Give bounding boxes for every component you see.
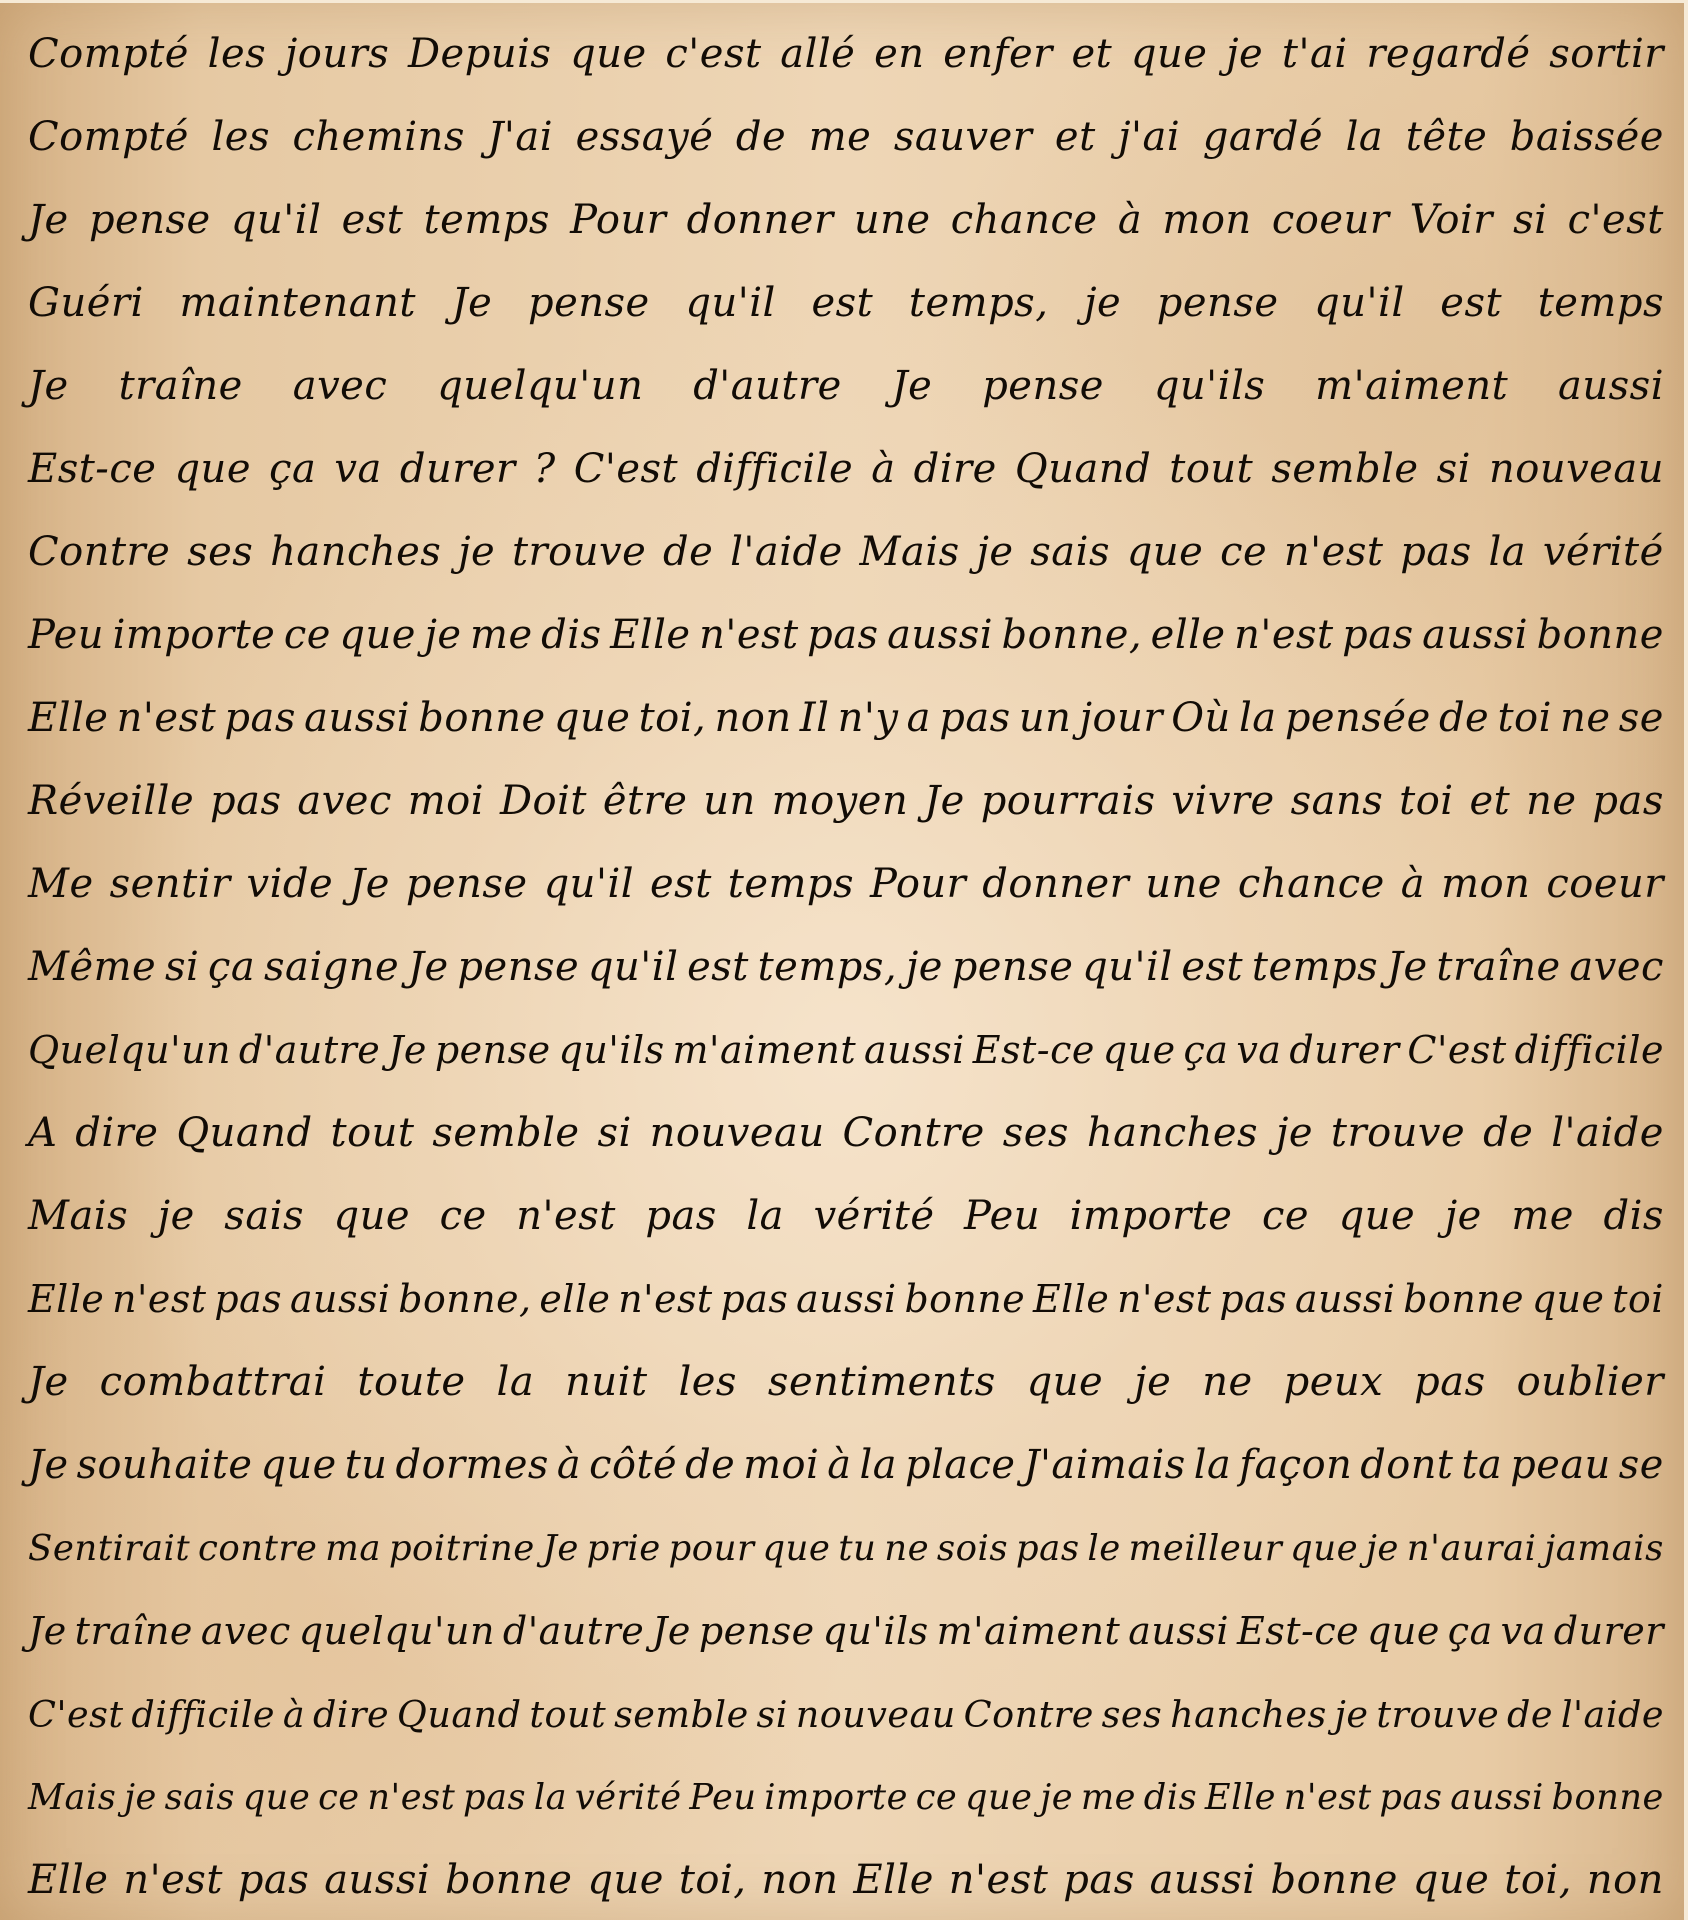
lyrics-word: hanches — [1170, 1673, 1327, 1756]
lyrics-word: Je — [543, 1507, 579, 1590]
lyrics-word: ma — [325, 1507, 381, 1590]
lyrics-line: Jepensequ'ilesttempsPourdonnerunechanceà… — [28, 179, 1664, 262]
lyrics-word: jours — [285, 13, 389, 96]
lyrics-word: l'aide — [730, 511, 843, 594]
lyrics-word: peux — [1284, 1341, 1384, 1424]
lyrics-word: bonne — [445, 1839, 572, 1920]
lyrics-word: est — [1440, 262, 1502, 345]
lyrics-word: une — [854, 179, 931, 262]
lyrics-word: bonne — [1537, 594, 1664, 677]
lyrics-word: pense — [435, 1009, 551, 1092]
lyrics-word: non — [714, 677, 791, 760]
lyrics-word: difficile — [696, 428, 853, 511]
lyrics-word: le — [1087, 1507, 1120, 1590]
lyrics-word: moi — [743, 1424, 819, 1507]
lyrics-word: temps, — [909, 262, 1049, 345]
lyrics-word: semble — [614, 1673, 749, 1756]
lyrics-word: ça — [208, 926, 255, 1009]
lyrics-line: Ellen'estpasaussibonnequetoi,nonEllen'es… — [28, 1839, 1664, 1920]
lyrics-word: je — [1226, 13, 1263, 96]
lyrics-word: chance — [1238, 843, 1385, 926]
lyrics-word: Contre — [843, 1092, 985, 1175]
lyrics-word: pense — [457, 926, 579, 1009]
lyrics-word: meilleur — [1129, 1507, 1283, 1590]
lyrics-word: C'est — [574, 428, 678, 511]
lyrics-word: temps — [424, 179, 550, 262]
lyrics-line: MesentirvideJepensequ'ilesttempsPourdonn… — [28, 843, 1664, 926]
lyrics-word: qu'il — [588, 926, 678, 1009]
lyrics-word: n'est — [1234, 594, 1334, 677]
lyrics-word: qu'ils — [1154, 345, 1265, 428]
lyrics-word: je — [1134, 1341, 1171, 1424]
lyrics-word: C'est — [28, 1673, 124, 1756]
lyrics-word: que — [1103, 1009, 1176, 1092]
lyrics-word: Est-ce — [1237, 1590, 1359, 1673]
parchment-page: ComptélesjoursDepuisquec'estalléenenfere… — [0, 3, 1684, 1920]
lyrics-word: se — [1619, 1424, 1664, 1507]
lyrics-word: J'aimais — [1024, 1424, 1186, 1507]
lyrics-word: avec — [1569, 926, 1664, 1009]
lyrics-word: pas — [645, 1175, 716, 1258]
lyrics-word: toi — [1612, 1258, 1664, 1341]
lyrics-word: Est-ce — [28, 428, 156, 511]
lyrics-word: aussi — [324, 1839, 430, 1920]
lyrics-line: GuérimaintenantJepensequ'ilesttemps,jepe… — [28, 262, 1664, 345]
lyrics-word: semble — [432, 1092, 579, 1175]
lyrics-word: ne — [1526, 760, 1576, 843]
lyrics-word: n'est — [516, 1175, 616, 1258]
lyrics-word: tout — [331, 1092, 415, 1175]
lyrics-word: Est-ce — [973, 1009, 1095, 1092]
lyrics-word: bonne — [904, 1258, 1025, 1341]
lyrics-line: Ellen'estpasaussibonnequetoi,nonIln'yapa… — [28, 677, 1664, 760]
lyrics-word: a — [907, 677, 931, 760]
lyrics-word: Quelqu'un — [28, 1009, 231, 1092]
lyrics-word: Depuis — [408, 13, 551, 96]
lyrics-word: Quand — [1015, 428, 1151, 511]
lyrics-word: à — [283, 1673, 305, 1756]
lyrics-word: avec — [293, 345, 388, 428]
lyrics-word: c'est — [1568, 179, 1664, 262]
lyrics-word: tête — [1406, 96, 1488, 179]
lyrics-word: n'est — [699, 594, 799, 677]
lyrics-word: ne — [1202, 1341, 1252, 1424]
lyrics-word: Peu — [28, 594, 104, 677]
lyrics-word: contre — [198, 1507, 317, 1590]
lyrics-word: pense — [528, 262, 650, 345]
lyrics-word: pense — [982, 345, 1104, 428]
lyrics-word: bonne — [1271, 1839, 1398, 1920]
lyrics-word: importe — [113, 594, 276, 677]
lyrics-word: pas — [210, 760, 281, 843]
lyrics-word: qu'ils — [559, 1009, 665, 1092]
lyrics-word: Contre — [964, 1673, 1094, 1756]
lyrics-word: coeur — [1546, 843, 1664, 926]
lyrics-word: je — [1445, 1175, 1482, 1258]
lyrics-word: pas — [463, 1756, 526, 1839]
lyrics-word: aussi — [796, 1258, 896, 1341]
lyrics-word: importe — [1070, 1175, 1233, 1258]
lyrics-word: Je — [28, 1590, 67, 1673]
lyrics-word: j'ai — [1118, 96, 1180, 179]
lyrics-word: façon — [1239, 1424, 1352, 1507]
lyrics-word: qu'ils — [823, 1590, 929, 1673]
lyrics-word: vide — [247, 843, 334, 926]
lyrics-word: je — [1366, 1507, 1399, 1590]
lyrics-word: la — [534, 1756, 567, 1839]
lyrics-word: Réveille — [28, 760, 194, 843]
lyrics-word: place — [905, 1424, 1015, 1507]
lyrics-word: pas — [214, 1258, 282, 1341]
lyrics-word: prie — [587, 1507, 661, 1590]
lyrics-word: si — [757, 1673, 788, 1756]
lyrics-word: enfer — [943, 13, 1053, 96]
lyrics-word: je — [1335, 1673, 1369, 1756]
lyrics-word: Je — [452, 262, 493, 345]
lyrics-word: jour — [1080, 677, 1163, 760]
lyrics-word: Où — [1171, 677, 1231, 760]
lyrics-word: donner — [687, 179, 834, 262]
lyrics-word: allé — [780, 13, 855, 96]
lyrics-word: semble — [1271, 428, 1418, 511]
lyrics-word: pas — [1219, 1258, 1287, 1341]
lyrics-line: Jetraîneavecquelqu'und'autreJepensequ'il… — [28, 1590, 1664, 1673]
lyrics-word: Compté — [28, 96, 189, 179]
lyrics-word: oublier — [1517, 1341, 1664, 1424]
lyrics-word: je — [976, 511, 1013, 594]
lyrics-word: côté — [589, 1424, 677, 1507]
lyrics-word: la — [1346, 96, 1384, 179]
lyrics-word: pas — [1016, 1507, 1080, 1590]
lyrics-word: bonne, — [1002, 594, 1143, 677]
lyrics-word: sentir — [110, 843, 231, 926]
lyrics-word: tout — [1169, 428, 1253, 511]
lyrics-word: est — [342, 179, 404, 262]
lyrics-word: la — [497, 1341, 535, 1424]
lyrics-word: à — [1401, 843, 1425, 926]
lyrics-word: si — [1513, 179, 1547, 262]
lyrics-word: que — [261, 1424, 337, 1507]
lyrics-word: Doit — [500, 760, 587, 843]
lyrics-word: si — [1437, 428, 1471, 511]
lyrics-word: dormes — [395, 1424, 548, 1507]
lyrics-word: pense — [952, 926, 1074, 1009]
lyrics-word: ça — [1183, 1009, 1228, 1092]
lyrics-word: Voir — [1410, 179, 1493, 262]
lyrics-word: chemins — [293, 96, 465, 179]
lyrics-line: Maisjesaisquecen'estpaslavéritéPeuimport… — [28, 1175, 1664, 1258]
lyrics-word: que — [1027, 1341, 1104, 1424]
lyrics-word: toi — [1399, 760, 1453, 843]
lyrics-line: ComptélescheminsJ'aiessayédemesauveretj'… — [28, 96, 1664, 179]
lyrics-word: pas — [224, 677, 295, 760]
lyrics-word: n'est — [949, 1839, 1049, 1920]
lyrics-word: tout — [529, 1673, 606, 1756]
lyrics-word: combattrai — [100, 1341, 327, 1424]
lyrics-word: ce — [284, 594, 331, 677]
lyrics-word: Elle — [610, 594, 690, 677]
lyrics-word: sais — [224, 1175, 304, 1258]
lyrics-word: Me — [28, 843, 94, 926]
lyrics-word: baissée — [1510, 96, 1664, 179]
lyrics-word: pour — [669, 1507, 755, 1590]
lyrics-word: aussi — [1422, 594, 1528, 677]
lyrics-word: toi, — [639, 677, 707, 760]
lyrics-word: pas — [721, 1258, 789, 1341]
lyrics-line: Jecombattraitoutelanuitlessentimentsquej… — [28, 1341, 1664, 1424]
lyrics-word: pas — [1592, 760, 1663, 843]
lyrics-word: pourrais — [981, 760, 1156, 843]
lyrics-word: temps, — [758, 926, 898, 1009]
lyrics-word: en — [874, 13, 924, 96]
lyrics-word: que — [554, 677, 631, 760]
lyrics-word: je — [124, 1756, 157, 1839]
lyrics-word: moi — [408, 760, 484, 843]
lyrics-word: dis — [541, 594, 601, 677]
lyrics-word: vivre — [1171, 760, 1274, 843]
lyrics-word: toute — [357, 1341, 465, 1424]
lyrics-word: se — [1619, 677, 1664, 760]
lyrics-word: aussi — [1295, 1258, 1395, 1341]
lyrics-word: Elle — [28, 677, 108, 760]
lyrics-word: Je — [28, 179, 69, 262]
lyrics-word: dire — [914, 428, 997, 511]
lyrics-word: que — [1131, 13, 1208, 96]
lyrics-line: JesouhaitequetudormesàcôtédemoiàlaplaceJ… — [28, 1424, 1664, 1507]
lyrics-line: Contreseshanchesjetrouvedel'aideMaisjesa… — [28, 511, 1664, 594]
lyrics-word: m'aiment — [937, 1590, 1121, 1673]
lyrics-word: est — [650, 843, 712, 926]
lyrics-word: vérité — [575, 1756, 682, 1839]
lyrics-word: durer — [1554, 1590, 1664, 1673]
lyrics-word: n'est — [112, 1258, 206, 1341]
lyrics-word: un — [703, 760, 756, 843]
lyrics-word: à — [871, 428, 895, 511]
lyrics-line: Est-cequeçavadurer?C'estdifficileàdireQu… — [28, 428, 1664, 511]
lyrics-word: non — [761, 1839, 838, 1920]
lyrics-word: me — [1081, 1756, 1136, 1839]
lyrics-word: je — [1084, 262, 1121, 345]
lyrics-word: toi, — [679, 1839, 747, 1920]
lyrics-word: temps — [728, 843, 854, 926]
lyrics-word: ce — [440, 1175, 487, 1258]
lyrics-word: que — [1339, 1175, 1416, 1258]
lyrics-word: durer — [1289, 1009, 1399, 1092]
lyrics-word: n'est — [618, 1258, 712, 1341]
lyrics-word: d'autre — [503, 1590, 644, 1673]
lyrics-word: que — [339, 594, 416, 677]
lyrics-word: ce — [916, 1756, 958, 1839]
lyrics-word: aussi — [1150, 1839, 1256, 1920]
lyrics-word: Même — [28, 926, 156, 1009]
lyrics-word: Pour — [570, 179, 666, 262]
lyrics-word: n'aurai — [1407, 1507, 1537, 1590]
lyrics-word: temps — [1252, 926, 1378, 1009]
lyrics-word: de — [663, 511, 713, 594]
lyrics-word: Peu — [964, 1175, 1040, 1258]
lyrics-word: va — [334, 428, 381, 511]
lyrics-line: PeuimportecequejemedisEllen'estpasaussib… — [28, 594, 1664, 677]
lyrics-word: Je — [408, 926, 449, 1009]
lyrics-word: chance — [951, 179, 1098, 262]
lyrics-word: si — [597, 1092, 631, 1175]
lyrics-word: bonne — [418, 677, 545, 760]
lyrics-word: bonne — [1552, 1756, 1664, 1839]
lyrics-word: nouveau — [650, 1092, 825, 1175]
lyrics-word: les — [211, 96, 270, 179]
lyrics-word: les — [678, 1341, 737, 1424]
lyrics-word: ses — [1003, 1092, 1069, 1175]
lyrics-word: non — [1587, 1839, 1664, 1920]
lyrics-word: Quand — [176, 1092, 312, 1175]
lyrics-word: sortir — [1549, 13, 1664, 96]
lyrics-word: dis — [1603, 1175, 1663, 1258]
lyrics-word: Elle — [1205, 1756, 1276, 1839]
lyrics-word: Je — [388, 1009, 427, 1092]
lyrics-word: les — [208, 13, 267, 96]
lyrics-word: Elle — [28, 1839, 108, 1920]
lyrics-line: SentiraitcontremapoitrineJepriepourquetu… — [28, 1507, 1664, 1590]
lyrics-word: une — [1145, 843, 1222, 926]
lyrics-word: l'aide — [1551, 1092, 1664, 1175]
lyrics-word: ne — [1560, 677, 1610, 760]
lyrics-word: pas — [238, 1839, 309, 1920]
lyrics-word: sois — [937, 1507, 1008, 1590]
lyrics-word: de — [1439, 677, 1489, 760]
lyrics-word: et — [1055, 96, 1096, 179]
lyrics-word: trouve — [512, 511, 646, 594]
lyrics-line: ComptélesjoursDepuisquec'estalléenenfere… — [28, 13, 1664, 96]
lyrics-word: pas — [939, 677, 1010, 760]
lyrics-word: qu'il — [231, 179, 321, 262]
lyrics-word: aussi — [290, 1258, 390, 1341]
lyrics-word: dire — [75, 1092, 158, 1175]
lyrics-line: MêmesiçasaigneJepensequ'ilesttemps,jepen… — [28, 926, 1664, 1009]
lyrics-word: pas — [1414, 1341, 1485, 1424]
lyrics-word: tu — [838, 1507, 876, 1590]
lyrics-word: dont — [1360, 1424, 1453, 1507]
lyrics-word: à — [827, 1424, 851, 1507]
lyrics-word: Guéri — [28, 262, 144, 345]
lyrics-word: va — [1501, 1590, 1546, 1673]
lyrics-line: RéveillepasavecmoiDoitêtreunmoyenJepourr… — [28, 760, 1664, 843]
lyrics-word: dire — [313, 1673, 389, 1756]
lyrics-word: je — [158, 1175, 195, 1258]
lyrics-word: que — [1413, 1839, 1490, 1920]
lyrics-word: elle — [1151, 594, 1226, 677]
lyrics-word: pense — [406, 843, 528, 926]
lyrics-word: donner — [982, 843, 1129, 926]
lyrics-word: me — [1511, 1175, 1574, 1258]
lyrics-word: c'est — [665, 13, 761, 96]
lyrics-word: sais — [1030, 511, 1110, 594]
lyrics-word: Je — [924, 760, 965, 843]
lyrics-word: nouveau — [1489, 428, 1664, 511]
lyrics-word: si — [165, 926, 199, 1009]
lyrics-word: aussi — [304, 677, 410, 760]
lyrics-word: que — [965, 1756, 1033, 1839]
lyrics-word: ce — [1220, 511, 1267, 594]
lyrics-word: aussi — [864, 1009, 965, 1092]
lyrics-word: un — [1019, 677, 1072, 760]
lyrics-word: hanches — [1087, 1092, 1258, 1175]
lyrics-line: Jetraîneavecquelqu'und'autreJepensequ'il… — [28, 345, 1664, 428]
lyrics-word: m'aiment — [1315, 345, 1508, 428]
lyrics-word: je — [458, 511, 495, 594]
lyrics-text-block: ComptélesjoursDepuisquec'estalléenenfere… — [28, 13, 1664, 1920]
lyrics-word: quelqu'un — [299, 1590, 495, 1673]
lyrics-word: nuit — [565, 1341, 647, 1424]
lyrics-word: et — [1469, 760, 1510, 843]
lyrics-word: Je — [28, 345, 69, 428]
lyrics-word: de — [1507, 1673, 1553, 1756]
lyrics-word: me — [809, 96, 872, 179]
lyrics-word: toi — [1497, 677, 1551, 760]
lyrics-word: de — [685, 1424, 735, 1507]
lyrics-word: t'ai — [1282, 13, 1348, 96]
lyrics-word: quelqu'un — [437, 345, 643, 428]
lyrics-word: n'est — [117, 677, 217, 760]
lyrics-word: coeur — [1272, 179, 1390, 262]
lyrics-word: maintenant — [179, 262, 416, 345]
lyrics-word: poitrine — [389, 1507, 535, 1590]
lyrics-word: Je — [892, 345, 933, 428]
lyrics-word: pense — [89, 179, 211, 262]
lyrics-word: que — [762, 1507, 830, 1590]
lyrics-word: être — [603, 760, 688, 843]
lyrics-word: et — [1071, 13, 1112, 96]
lyrics-word: que — [243, 1756, 311, 1839]
lyrics-word: qu'il — [544, 843, 634, 926]
lyrics-word: ça — [1448, 1590, 1493, 1673]
lyrics-word: hanches — [270, 511, 441, 594]
lyrics-word: d'autre — [693, 345, 842, 428]
lyrics-word: souhaite — [77, 1424, 253, 1507]
lyrics-word: je — [1276, 1092, 1313, 1175]
lyrics-word: Mais — [28, 1175, 128, 1258]
lyrics-word: vérité — [814, 1175, 935, 1258]
lyrics-word: jamais — [1544, 1507, 1664, 1590]
lyrics-word: gardé — [1203, 96, 1323, 179]
lyrics-word: pas — [1400, 511, 1471, 594]
lyrics-word: sais — [165, 1756, 235, 1839]
lyrics-word: essayé — [576, 96, 714, 179]
lyrics-word: est — [687, 926, 749, 1009]
lyrics-word: que — [1127, 511, 1204, 594]
lyrics-word: J'ai — [487, 96, 553, 179]
lyrics-word: Contre — [28, 511, 170, 594]
lyrics-word: ? — [534, 428, 556, 511]
lyrics-word: difficile — [131, 1673, 275, 1756]
lyrics-word: n'est — [1117, 1258, 1211, 1341]
lyrics-word: je — [906, 926, 943, 1009]
lyrics-line: C'estdifficileàdireQuandtoutsemblesinouv… — [28, 1673, 1664, 1756]
lyrics-word: Elle — [28, 1258, 104, 1341]
lyrics-line: Quelqu'und'autreJepensequ'ilsm'aimentaus… — [28, 1009, 1664, 1092]
lyrics-word: avec — [297, 760, 392, 843]
lyrics-word: je — [424, 594, 461, 677]
lyrics-word: trouve — [1331, 1092, 1465, 1175]
lyrics-word: pense — [699, 1590, 815, 1673]
lyrics-line: Maisjesaisquecen'estpaslavéritéPeuimport… — [28, 1756, 1664, 1839]
lyrics-word: mon — [1162, 179, 1251, 262]
lyrics-word: n'est — [367, 1756, 455, 1839]
lyrics-word: Compté — [28, 13, 189, 96]
lyrics-word: la — [1488, 511, 1526, 594]
lyrics-word: n'est — [1284, 1756, 1372, 1839]
lyrics-word: aussi — [1450, 1756, 1544, 1839]
lyrics-word: tu — [345, 1424, 388, 1507]
